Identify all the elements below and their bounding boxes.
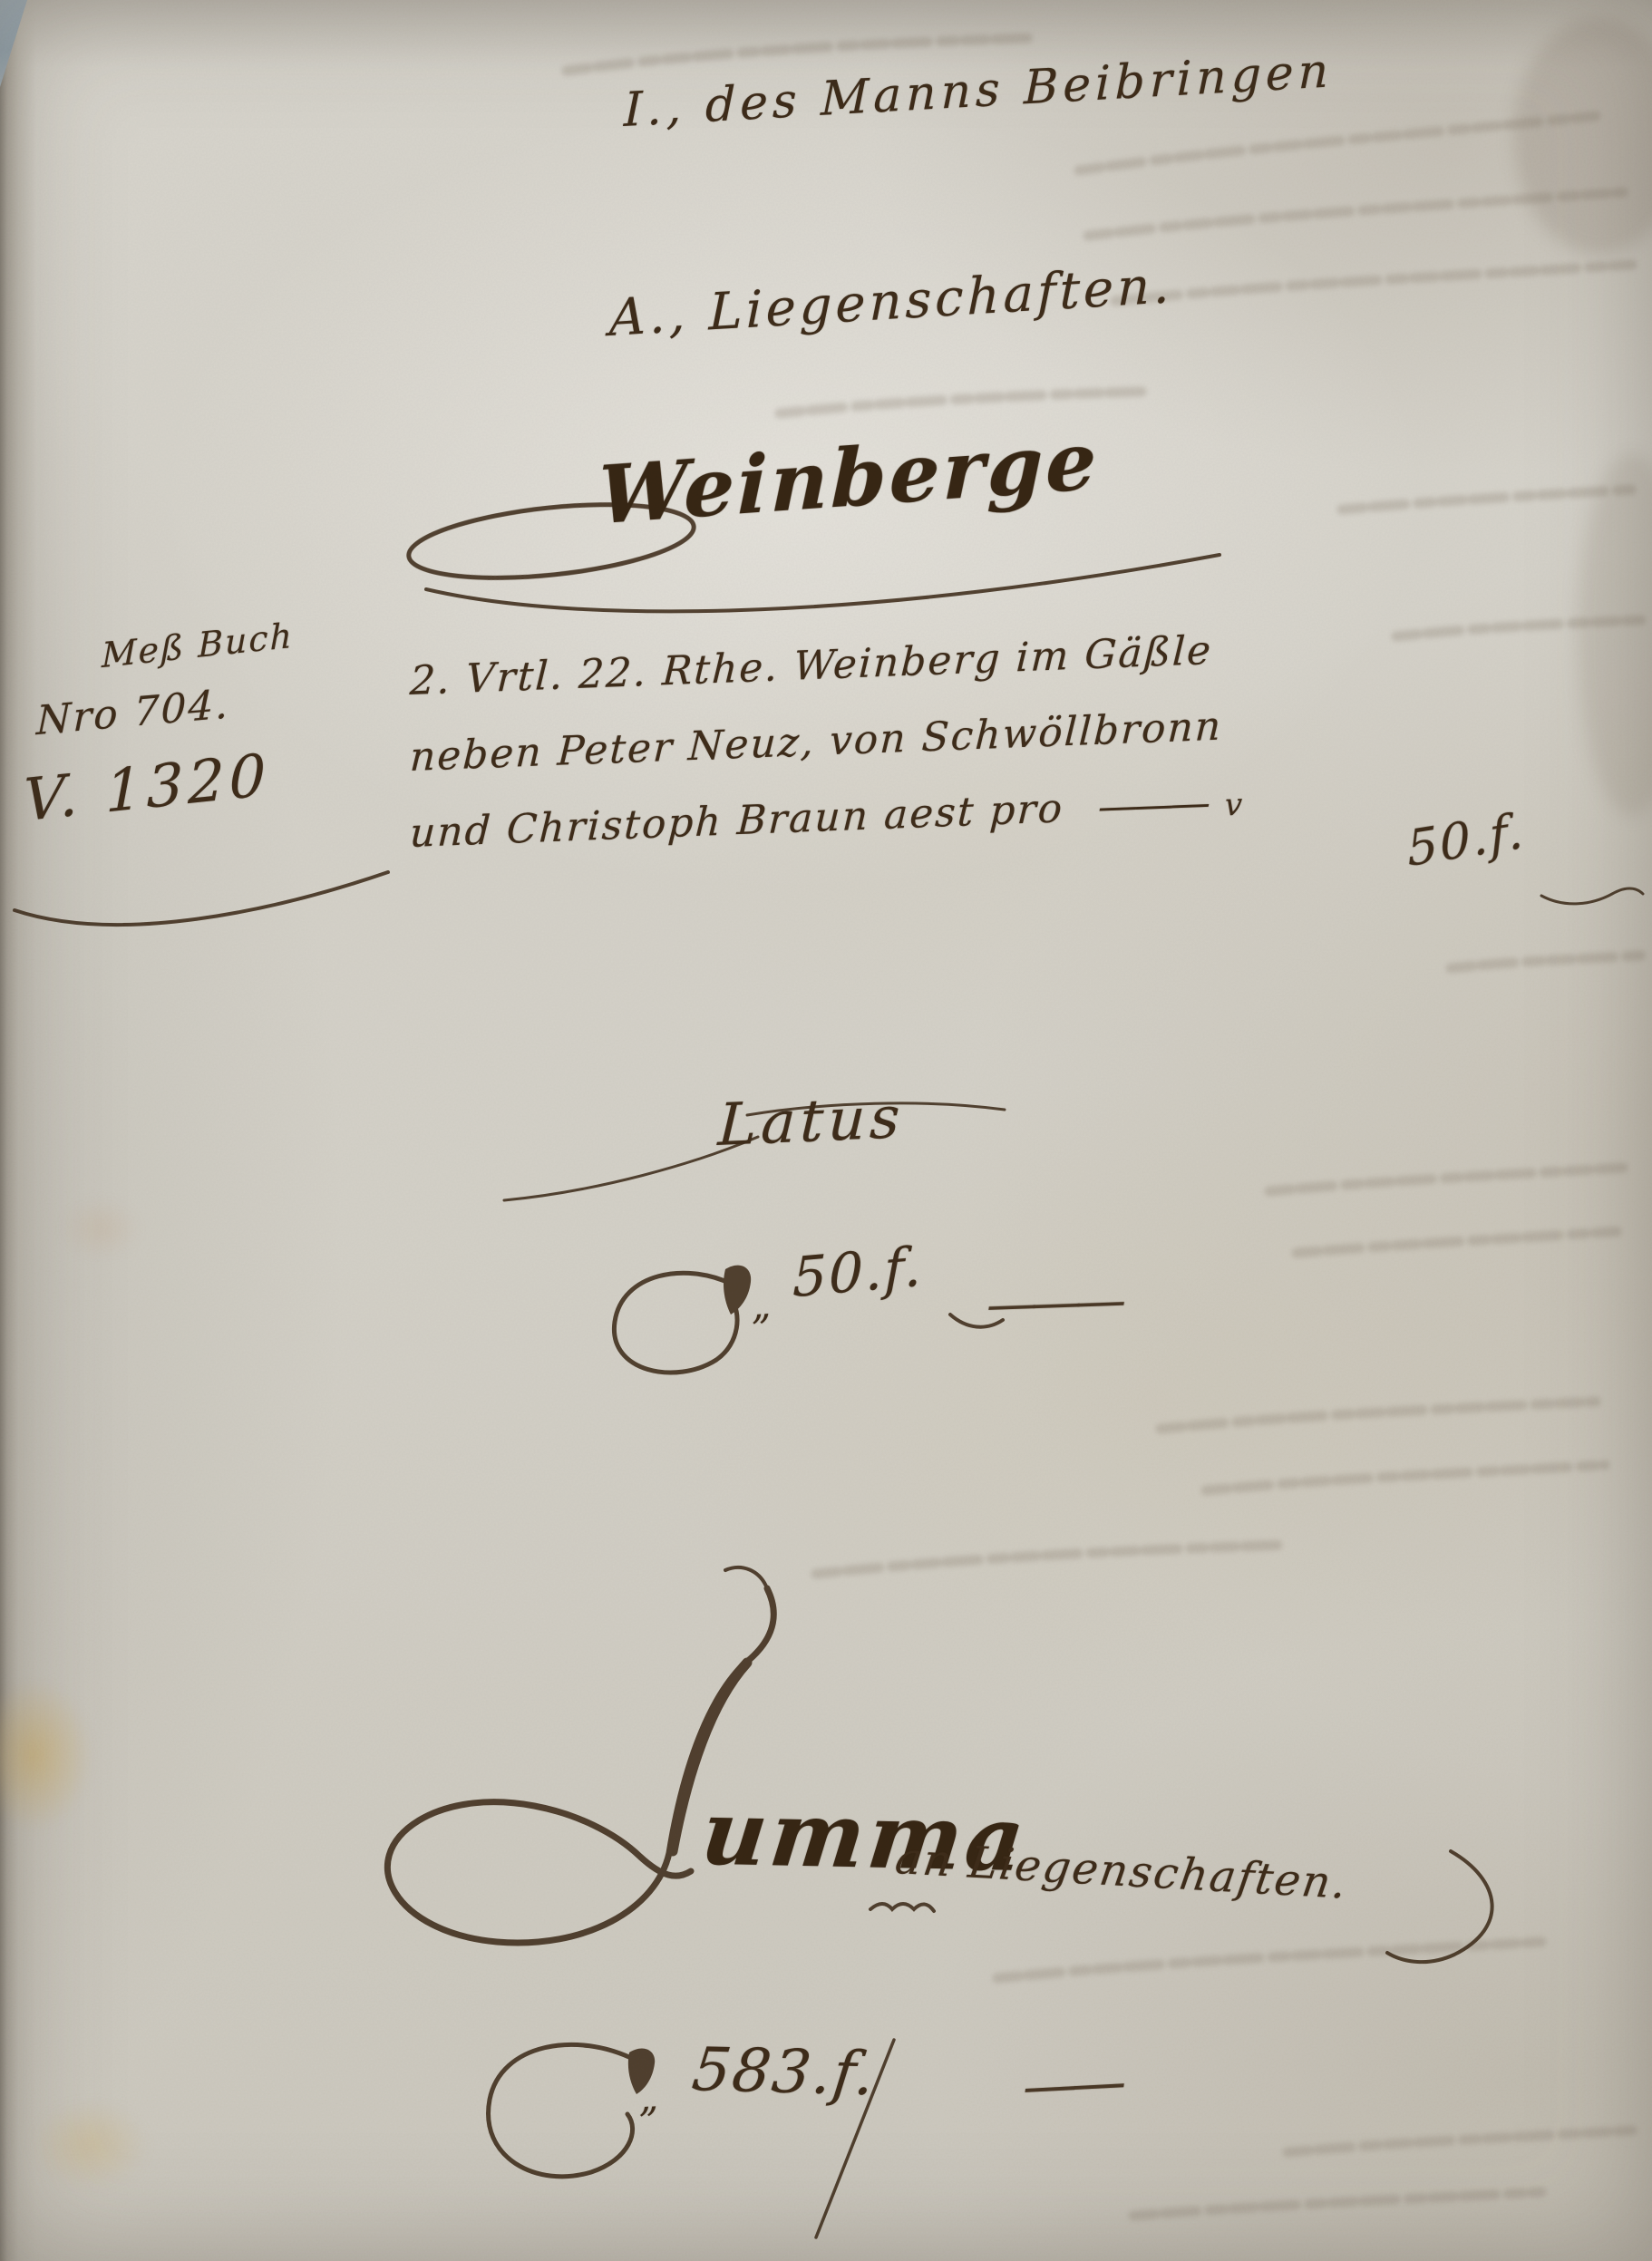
photo-vignette [0, 0, 1652, 2261]
manuscript-photo: I., des Manns Beibringen A., Liegenschaf… [0, 0, 1652, 2261]
